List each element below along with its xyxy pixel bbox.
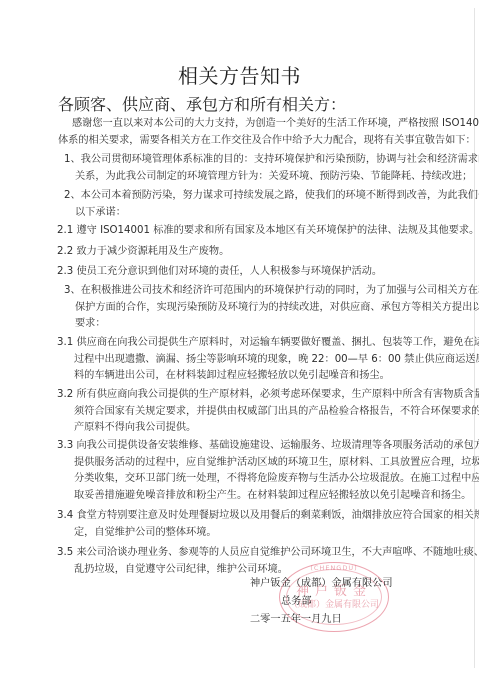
clause-line: 本公司本着预防污染，努力谋求可持续发展之路，使我们的环境不断得到改善，为此我们作… (81, 190, 479, 201)
clause-line: 须符合国家有关规定要求，并提供由权威部门出具的产品检验合格报告，不符合环保要求的… (57, 404, 479, 421)
clause-3-3: 3.3 向我公司提供设备安装维修、基础设施建设、运输服务、垃圾清理等各项服务活动… (57, 438, 479, 504)
clause-number: 3.4 (57, 510, 73, 521)
intro-line: 体系的相关要求，需要各相关方在工作交往及合作中给予大力配合，现将有关事宜敬告如下… (58, 133, 479, 150)
document-title: 相关方告知书 (0, 60, 479, 89)
clause-line: 我公司贯彻环境管理体系标准的目的：支持环境保护和污染预防，协调与社会和经济需求的 (81, 154, 479, 165)
clause-number: 1、 (64, 152, 81, 169)
intro-paragraph: 感谢您一直以来对本公司的大力支持，为创造一个美好的生活工作环境，严格按照 ISO… (58, 116, 479, 149)
clause-line: 以下承诺： (64, 205, 479, 222)
clause-line: 遵守 ISO14001 标准的要求和所有国家及本地区有关环境保护的法律、法规及其… (76, 225, 479, 236)
clause-line: 所有供应商向我公司提供的生产原材料，必须考虑环保要求，生产原料中所含有害物质含量… (76, 389, 479, 400)
clause-number: 2.3 (57, 266, 73, 277)
clause-line: 要求： (64, 316, 479, 333)
clause-line: 分类收集，交环卫部门统一处理，不得将危险废弃物与生活办公垃圾混放。在施工过程中应… (57, 471, 479, 488)
clause-line: 提供服务活动的过程中，应自觉维护活动区域的环境卫生，原材料、工具放置应合理，垃圾… (57, 455, 479, 472)
clause-line: 来公司洽谈办理业务、参观等的人员应自觉维护公司环境卫生，不大声喧哗、不随地吐痰、… (76, 547, 479, 558)
clause-number: 3.3 (57, 440, 73, 451)
clause-line: 定，自觉维护公司的整体环境。 (57, 525, 479, 542)
signature-company: 神户钣金（成都）金属有限公司 (250, 574, 393, 589)
clause-3-1: 3.1 供应商在向我公司提供生产原料时，对运输车辆要做好覆盖、捆扎、包装等工作，… (57, 335, 479, 385)
clause-number: 3.1 (57, 337, 73, 348)
signature-date: 二零一五年一月九日 (250, 610, 342, 625)
clause-3-4: 3.4 食堂方特别要注意及时处理餐厨垃圾以及用餐后的剩菜剩饭，油烟排放应符合国家… (57, 508, 479, 541)
clause-line: 料的车辆进出公司，在材料装卸过程应轻搬轻放以免引起噪音和扬尘。 (57, 368, 479, 385)
clause-line: 供应商在向我公司提供生产原料时，对运输车辆要做好覆盖、捆扎、包装等工作，避免在运… (76, 337, 479, 348)
clause-number: 3.5 (57, 547, 73, 558)
clause-number: 2.2 (57, 246, 73, 257)
salutation: 各顾客、供应商、承包方和所有相关方： (58, 92, 346, 115)
clause-number: 3.2 (57, 389, 73, 400)
clause-line: 向我公司提供设备安装维修、基础设施建设、运输服务、垃圾清理等各项服务活动的承包方… (76, 440, 479, 451)
clause-number: 2、 (64, 188, 81, 205)
clause-2-3: 2.3 使员工充分意识到他们对环境的责任，人人积极参与环境保护活动。 (57, 264, 382, 281)
clause-number: 2.1 (57, 225, 73, 236)
signature-department: 总务部 (281, 592, 312, 607)
clause-2: 2、本公司本着预防污染，努力谋求可持续发展之路，使我们的环境不断得到改善，为此我… (64, 188, 479, 221)
clause-2-1: 2.1 遵守 ISO14001 标准的要求和所有国家及本地区有关环境保护的法律、… (57, 223, 479, 240)
clause-line: 食堂方特别要注意及时处理餐厨垃圾以及用餐后的剩菜剩饭，油烟排放应符合国家的相关规 (76, 510, 479, 521)
clause-2-2: 2.2 致力于减少资源耗用及生产废物。 (57, 244, 229, 261)
clause-line: 取妥善措施避免噪音排放和粉尘产生。在材料装卸过程应轻搬轻放以免引起噪音和扬尘。 (57, 488, 479, 505)
clause-1: 1、我公司贯彻环境管理体系标准的目的：支持环境保护和污染预防，协调与社会和经济需… (64, 152, 479, 185)
clause-line: 产原料不得向我公司提供。 (57, 420, 479, 437)
clause-3-2: 3.2 所有供应商向我公司提供的生产原材料，必须考虑环保要求，生产原料中所含有害… (57, 387, 479, 437)
seal-english-text: (CHENGDU) (280, 564, 388, 572)
intro-line: 感谢您一直以来对本公司的大力支持，为创造一个美好的生活工作环境，严格按照 ISO… (58, 116, 479, 133)
clause-line: 过程中出现遗撒、滴漏、扬尘等影响环境的现象，晚 22：00—早 6：00 禁止供… (57, 352, 479, 369)
clause-line: 关系，为此我公司制定的环境管理方针为：关爱环境、预防污染、节能降耗、持续改进； (64, 169, 479, 186)
clause-line: 保护方面的合作，实现污染预防及环境行为的持续改进，对供应商、承包方等相关方提出以… (64, 300, 479, 317)
clause-line: 在积极推进公司技术和经济许可范围内的环境保护行动的同时，为了加强与公司相关方在环… (81, 285, 479, 296)
clause-line: 致力于减少资源耗用及生产废物。 (76, 246, 229, 257)
clause-3: 3、在积极推进公司技术和经济许可范围内的环境保护行动的同时，为了加强与公司相关方… (64, 283, 479, 333)
clause-number: 3、 (64, 283, 81, 300)
clause-line: 使员工充分意识到他们对环境的责任，人人积极参与环境保护活动。 (76, 266, 382, 277)
